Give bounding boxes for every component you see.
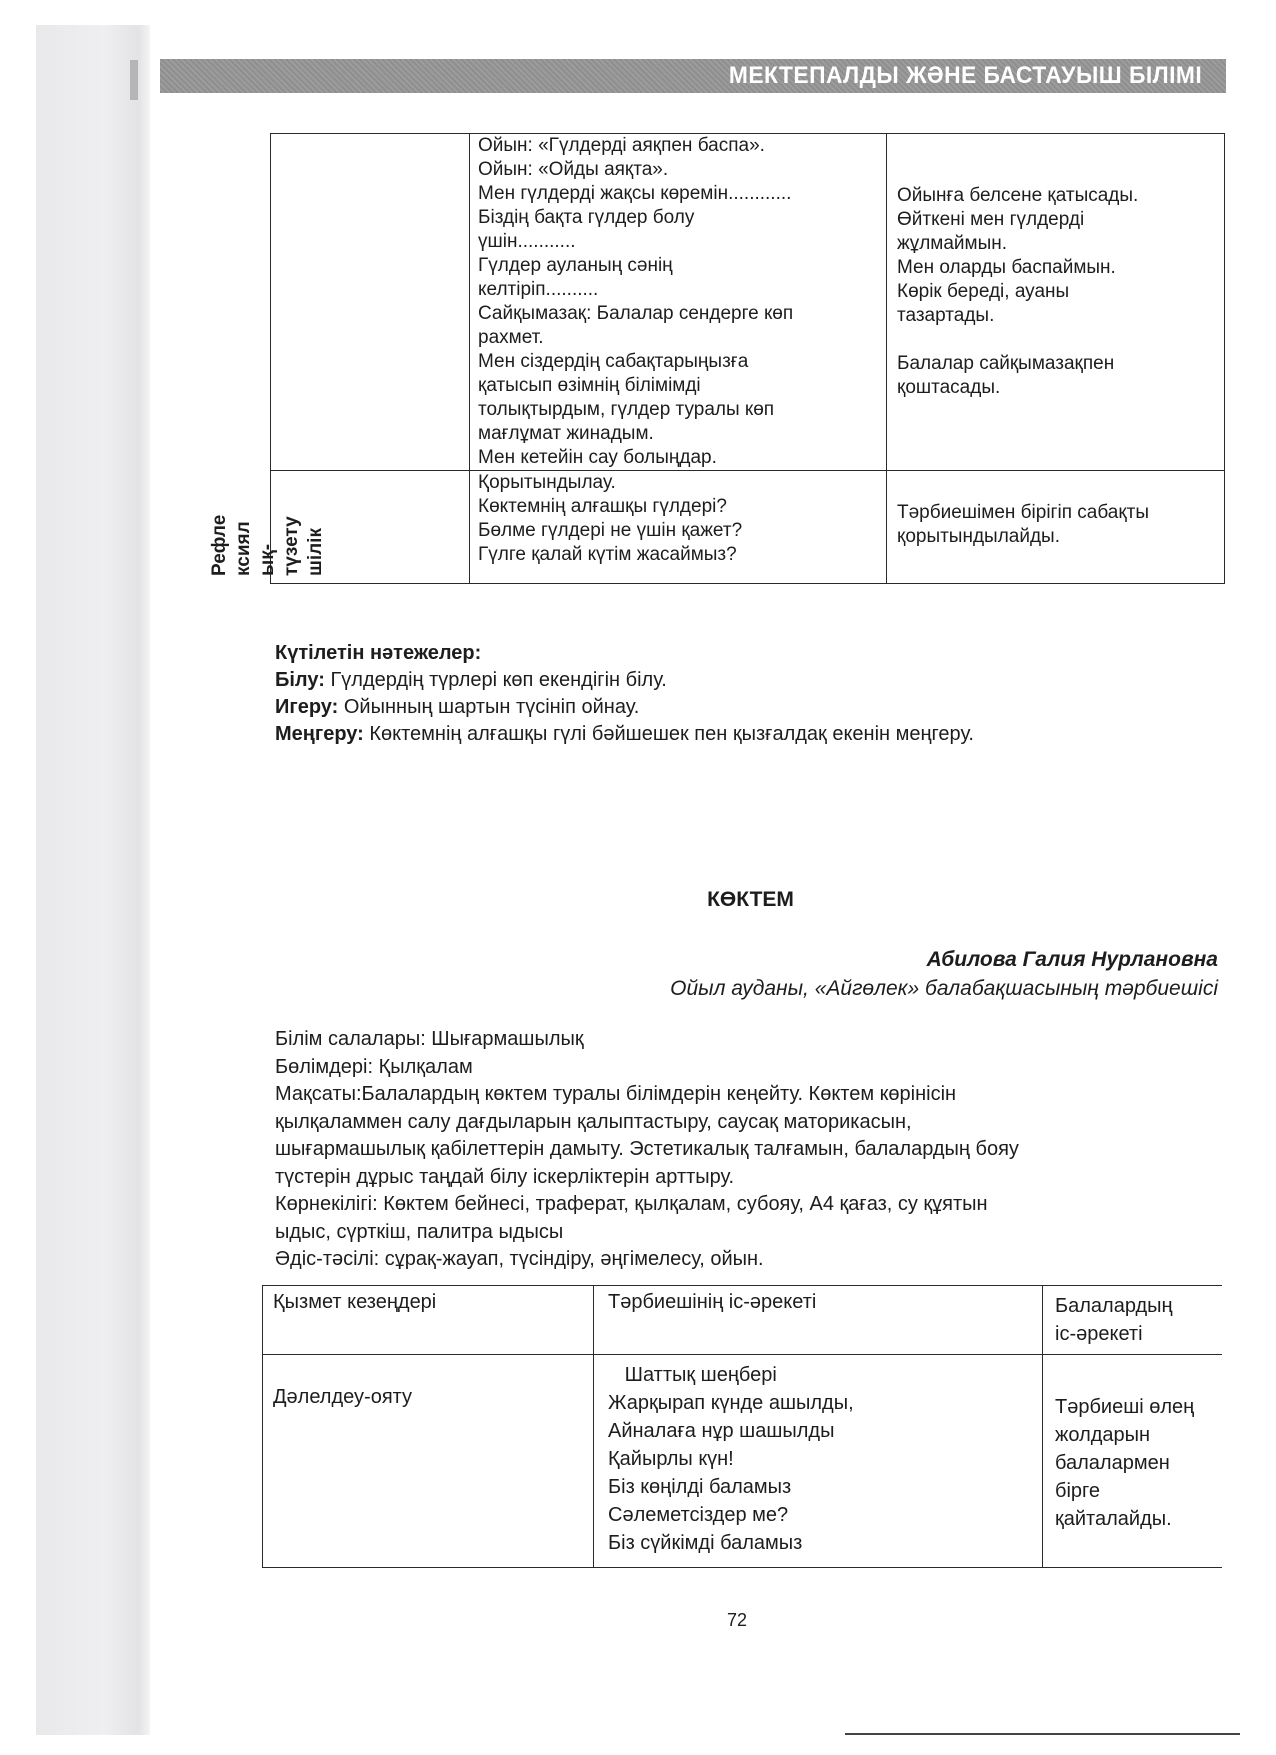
text-line: тазартады. bbox=[897, 304, 1214, 328]
text-line bbox=[897, 471, 1214, 501]
author-block: Абилова Галия Нурлановна Ойыл ауданы, «А… bbox=[670, 945, 1218, 1003]
outcome-item: Меңгеру: Көктемнің алғашқы гүлі бәйшешек… bbox=[275, 721, 974, 748]
text-line: Біз сүйкімді баламыз bbox=[608, 1529, 1028, 1557]
teacher-activity-cell: Ойын: «Гүлдерді аяқпен баспа». Ойын: «Ой… bbox=[470, 134, 887, 471]
text-line: Гүлдер ауланың сәнің bbox=[478, 254, 878, 278]
text-line: Ойын: «Ойды аяқта». bbox=[478, 158, 878, 182]
text-line: шілік bbox=[304, 476, 328, 576]
text-line: түзету bbox=[280, 476, 304, 576]
stage-cell-reflection: Рефле ксиял ық- түзету шілік bbox=[271, 471, 470, 584]
outcomes-heading: Күтілетін нәтежелер: bbox=[275, 640, 974, 667]
text-line: Білім салалары: Шығармашылық bbox=[275, 1026, 1019, 1054]
text-line: Балалар сайқымазақпен bbox=[897, 352, 1214, 376]
page-number: 72 bbox=[727, 1610, 747, 1631]
text-line: Бөлме гүлдері не үшін қажет? bbox=[478, 519, 878, 543]
text-line: Мен сіздердің сабақтарыңызға bbox=[478, 350, 878, 374]
text-line: Балалардың bbox=[1055, 1292, 1210, 1320]
teacher-activity-cell: Қорытындылау. Көктемнің алғашқы гүлдері?… bbox=[470, 471, 887, 584]
text-line: Ойын: «Гүлдерді аяқпен баспа». bbox=[478, 134, 878, 158]
lesson-description: Білім салалары: Шығармашылық Бөлімдері: … bbox=[275, 1026, 1019, 1274]
text-line: Рефле bbox=[208, 476, 232, 576]
text-line: Сәлеметсіздер ме? bbox=[608, 1501, 1028, 1529]
text-line: мағлұмат жинадым. bbox=[478, 422, 878, 446]
expected-outcomes: Күтілетін нәтежелер: Білу: Гүлдердің түр… bbox=[275, 640, 974, 748]
lesson-activity-table: Қызмет кезеңдері Тәрбиешінің іс-әрекеті … bbox=[262, 1285, 1222, 1568]
text-line: Әдіс-тәсілі: сұрақ-жауап, түсіндіру, әңг… bbox=[275, 1246, 1019, 1274]
text-line: қоштасады. bbox=[897, 376, 1214, 400]
text-line: шығармашылық қабілеттерін дамыту. Эстети… bbox=[275, 1136, 1019, 1164]
text-line: Шаттық шеңбері bbox=[608, 1361, 1028, 1389]
text-line: қылқаламмен салу дағдыларын қалыптастыру… bbox=[275, 1109, 1019, 1137]
children-activity-cell: Тәрбиешімен бірігіп сабақты қорытындылай… bbox=[887, 471, 1225, 584]
text-line: Айналаға нұр шашылды bbox=[608, 1417, 1028, 1445]
children-activity-cell: Ойынға белсене қатысады. Өйткені мен гүл… bbox=[887, 134, 1225, 471]
text-line: қорытындылайды. bbox=[897, 525, 1214, 549]
text-line: балалармен bbox=[1055, 1449, 1210, 1477]
table-header-row: Қызмет кезеңдері Тәрбиешінің іс-әрекеті … bbox=[263, 1286, 1223, 1355]
text-line: Көрік береді, ауаны bbox=[897, 280, 1214, 304]
text-line: ық- bbox=[256, 476, 280, 576]
text-line: рахмет. bbox=[478, 326, 878, 350]
scan-shadow-edge bbox=[36, 25, 150, 1735]
text-line: жолдарын bbox=[1055, 1421, 1210, 1449]
running-header-title: МЕКТЕПАЛДЫ ЖӘНЕ БАСТАУЫШ БІЛІМІ bbox=[729, 62, 1202, 90]
text-line: Өйткені мен гүлдерді bbox=[897, 208, 1214, 232]
lesson-title: КӨКТЕМ bbox=[0, 888, 1276, 912]
text-line: іс-әрекеті bbox=[1055, 1320, 1210, 1348]
bottom-rule bbox=[845, 1733, 1240, 1735]
text-line: Көктемнің алғашқы гүлдері? bbox=[478, 495, 878, 519]
text-line: Біздің бақта гүлдер болу bbox=[478, 206, 878, 230]
text-line: келтіріп.......... bbox=[478, 278, 878, 302]
outcome-label: Білу: bbox=[275, 669, 325, 691]
text-line: ксиял bbox=[232, 476, 256, 576]
text-line: Сайқымазақ: Балалар сендерге көп bbox=[478, 302, 878, 326]
table-row: Дәлелдеу-ояту Шаттық шеңбері Жарқырап кү… bbox=[263, 1355, 1223, 1568]
text-line: Мақсаты:Балалардың көктем туралы білімде… bbox=[275, 1081, 1019, 1109]
text-line: Мен гүлдерді жақсы көремін............ bbox=[478, 182, 878, 206]
text-line: Тәрбиеші өлең bbox=[1055, 1393, 1210, 1421]
column-header: Қызмет кезеңдері bbox=[263, 1286, 594, 1355]
outcome-item: Білу: Гүлдердің түрлері көп екендігін бі… bbox=[275, 667, 974, 694]
column-header: Тәрбиешінің іс-әрекеті bbox=[594, 1286, 1043, 1355]
text-line: Гүлге қалай күтім жасаймыз? bbox=[478, 543, 878, 567]
text-line: бірге bbox=[1055, 1477, 1210, 1505]
outcome-label: Игеру: bbox=[275, 696, 338, 718]
stage-cell: Дәлелдеу-ояту bbox=[263, 1355, 594, 1568]
teacher-activity-cell: Шаттық шеңбері Жарқырап күнде ашылды, Ай… bbox=[594, 1355, 1043, 1568]
text-line: Мен оларды баспаймын. bbox=[897, 256, 1214, 280]
text-line: ыдыс, сүрткіш, палитра ыдысы bbox=[275, 1219, 1019, 1247]
text-line: жұлмаймын. bbox=[897, 232, 1214, 256]
text-line: Ойынға белсене қатысады. bbox=[897, 184, 1214, 208]
outcome-text: Ойынның шартын түсініп ойнау. bbox=[338, 696, 639, 718]
text-line: қатысып өзімнің білімімді bbox=[478, 374, 878, 398]
table-row: Ойын: «Гүлдерді аяқпен баспа». Ойын: «Ой… bbox=[271, 134, 1225, 471]
text-line: Бөлімдері: Қылқалам bbox=[275, 1054, 1019, 1082]
text-line: Біз көңілді баламыз bbox=[608, 1473, 1028, 1501]
outcome-item: Игеру: Ойынның шартын түсініп ойнау. bbox=[275, 694, 974, 721]
text-line: Қайырлы күн! bbox=[608, 1445, 1028, 1473]
stage-cell bbox=[271, 134, 470, 471]
lesson-table-continued: Ойын: «Гүлдерді аяқпен баспа». Ойын: «Ой… bbox=[270, 133, 1225, 584]
text-line: Жарқырап күнде ашылды, bbox=[608, 1389, 1028, 1417]
text-line: Тәрбиешімен бірігіп сабақты bbox=[897, 501, 1214, 525]
table-row: Рефле ксиял ық- түзету шілік Қорытындыла… bbox=[271, 471, 1225, 584]
outcome-text: Гүлдердің түрлері көп екендігін білу. bbox=[325, 669, 667, 691]
author-name: Абилова Галия Нурлановна bbox=[670, 945, 1218, 974]
text-line: үшін........... bbox=[478, 230, 878, 254]
outcome-label: Меңгеру: bbox=[275, 723, 364, 745]
text-line bbox=[897, 158, 1214, 184]
text-line bbox=[897, 328, 1214, 352]
children-activity-cell: Тәрбиеші өлең жолдарын балалармен бірге … bbox=[1043, 1355, 1223, 1568]
vertical-stage-label: Рефле ксиял ық- түзету шілік bbox=[272, 472, 468, 582]
scan-edge-mark bbox=[130, 60, 138, 100]
text-line: қайталайды. bbox=[1055, 1505, 1210, 1533]
text-line: Мен кетейін сау болыңдар. bbox=[478, 446, 878, 470]
text-line: түстерін дұрыс таңдай білу іскерліктерін… bbox=[275, 1164, 1019, 1192]
text-line bbox=[897, 134, 1214, 158]
outcome-text: Көктемнің алғашқы гүлі бәйшешек пен қызғ… bbox=[364, 723, 974, 745]
text-line: толықтырдым, гүлдер туралы көп bbox=[478, 398, 878, 422]
text-line: Қорытындылау. bbox=[478, 471, 878, 495]
column-header: Балалардың іс-әрекеті bbox=[1043, 1286, 1223, 1355]
author-affiliation: Ойыл ауданы, «Айгөлек» балабақшасының тә… bbox=[670, 974, 1218, 1003]
text-line: Көрнекілігі: Көктем бейнесі, траферат, қ… bbox=[275, 1191, 1019, 1219]
